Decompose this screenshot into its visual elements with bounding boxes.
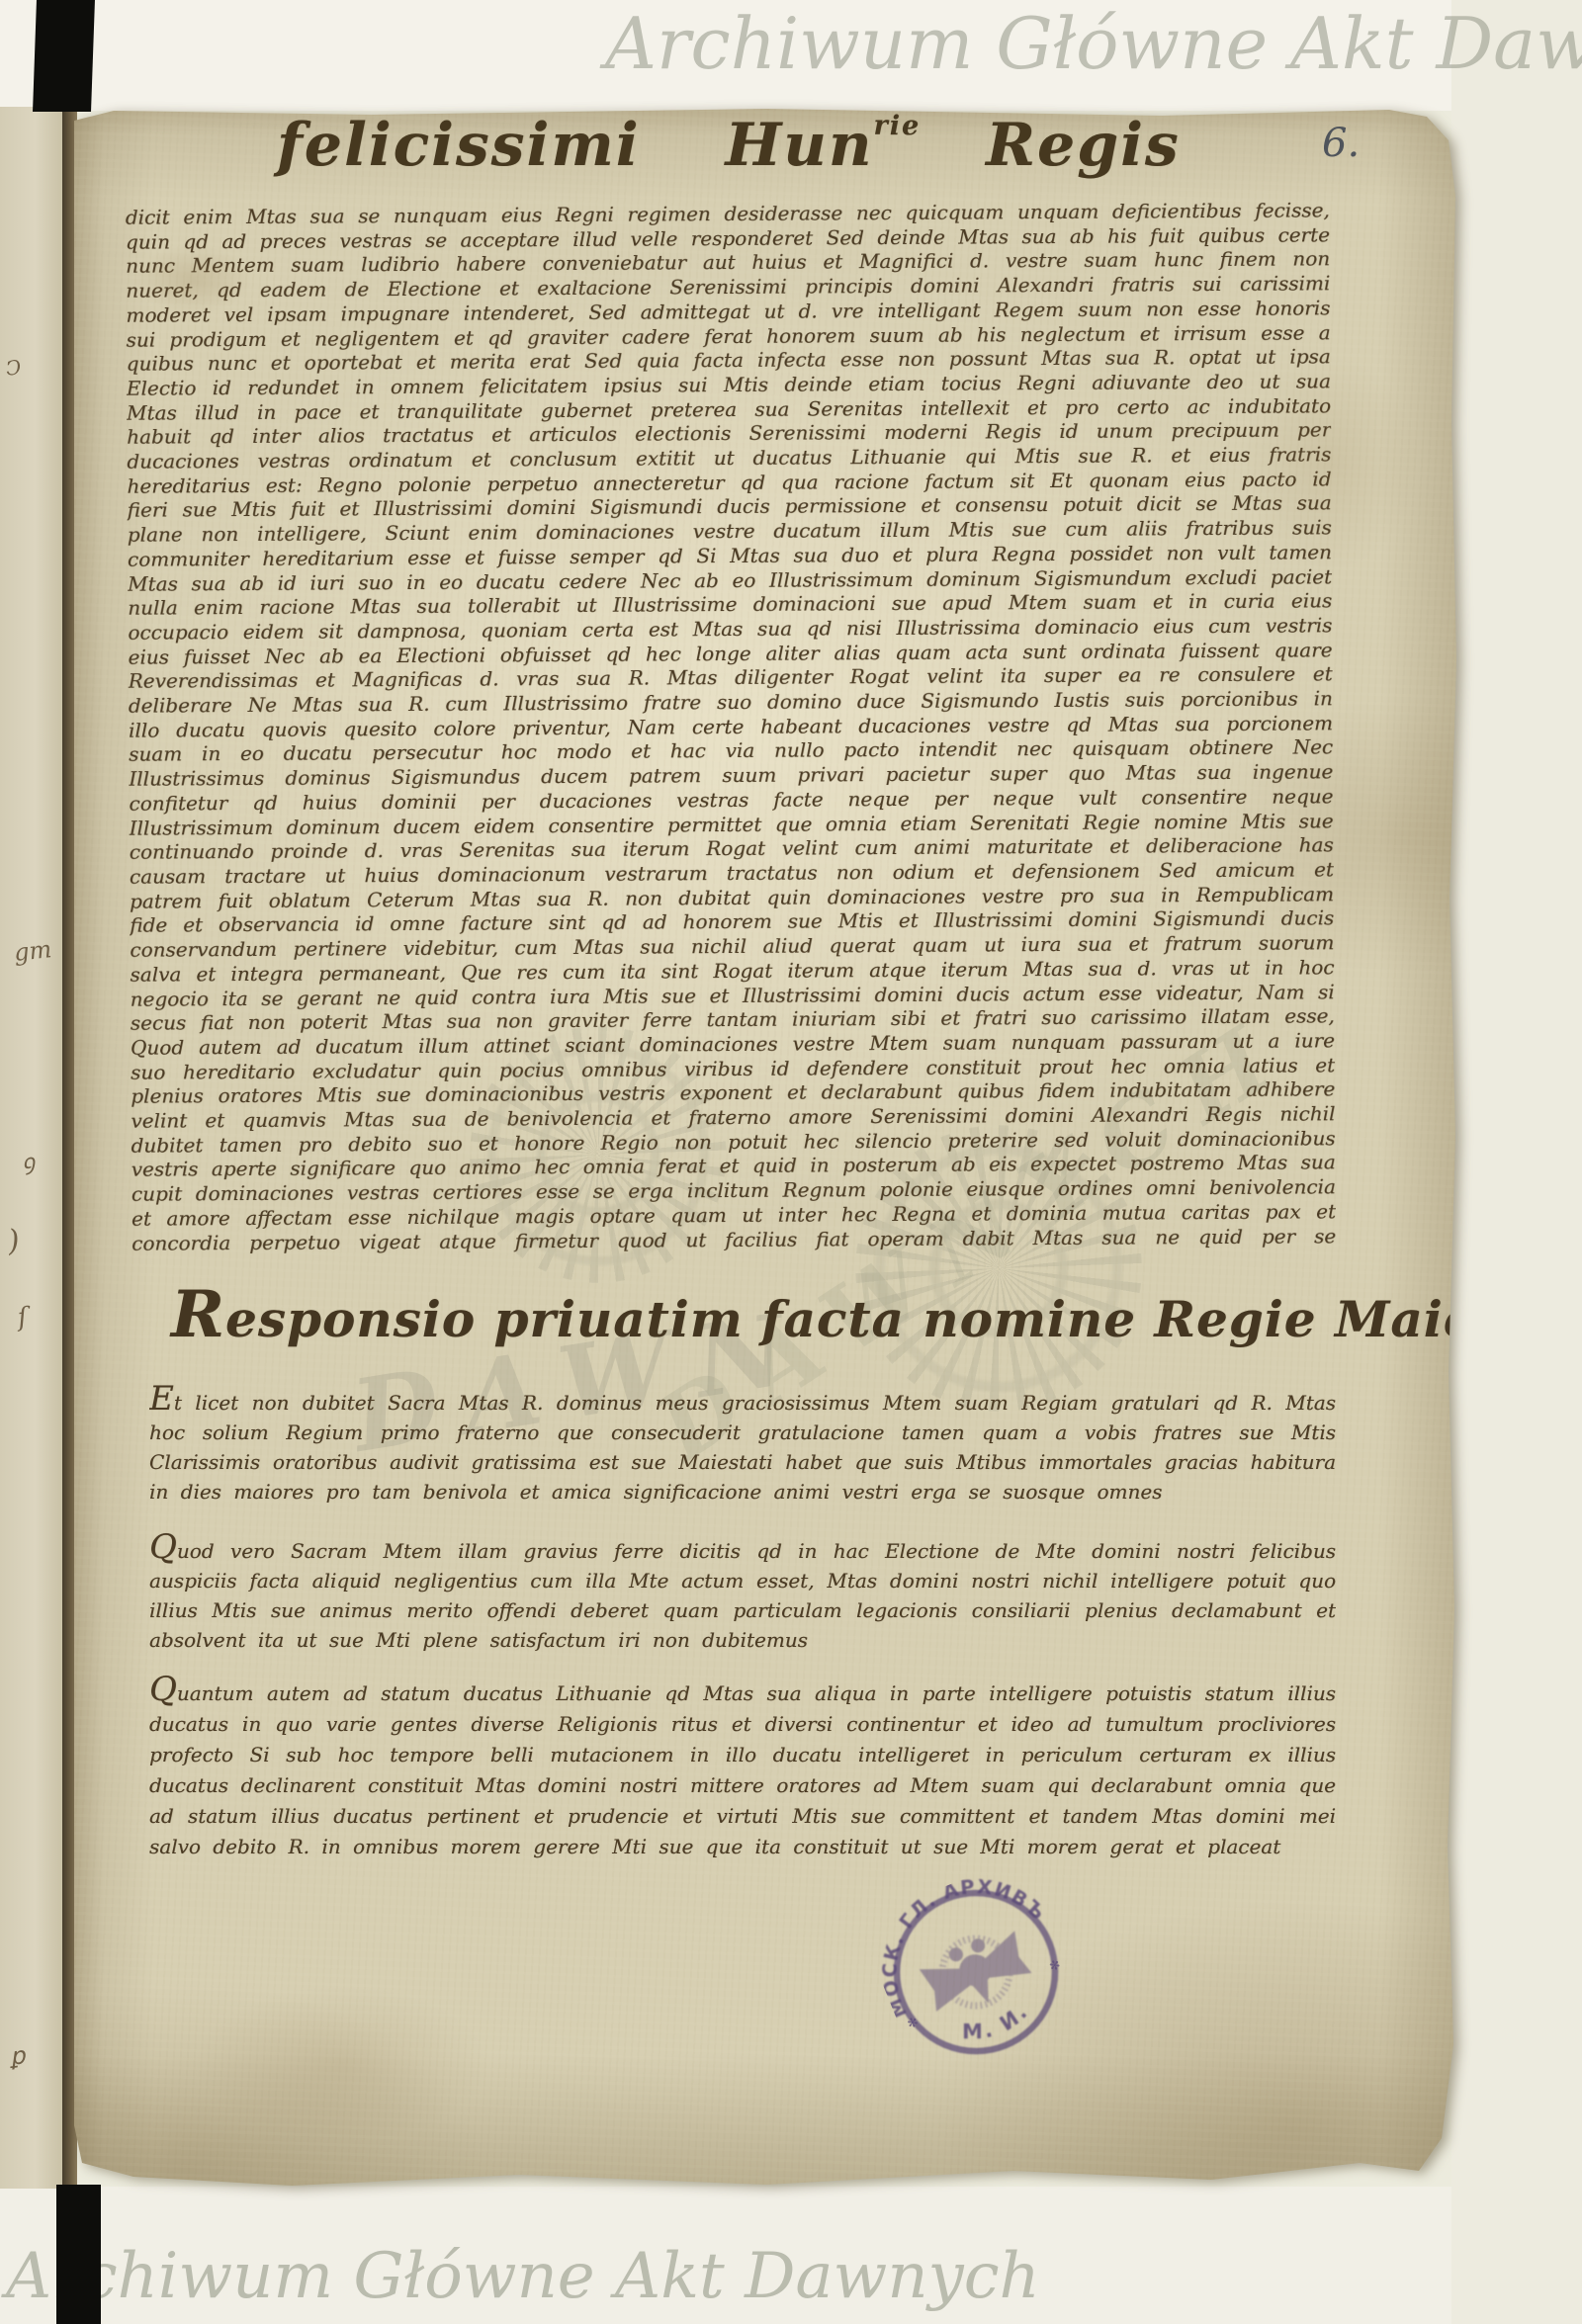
stamp-ornament-right: ✻ xyxy=(1047,1957,1063,1975)
manuscript-title: felicissimi Hun rie Regis xyxy=(277,111,1181,180)
manuscript-body-block: dicit enim Mtas sua se nunquam eius Regn… xyxy=(126,198,1336,1258)
title-superscript: rie xyxy=(873,113,921,139)
margin-ink-fragment: ꝑ xyxy=(9,2041,27,2070)
parchment-sheet: DAWN DAWNYCH felicissimi Hun rie Regis 6… xyxy=(74,107,1458,2191)
manuscript-paragraph: Et licet non dubitet Sacra Mtas R. domin… xyxy=(149,1382,1336,1506)
scanner-background-top xyxy=(0,0,1582,111)
folio-number: 6. xyxy=(1322,121,1360,166)
manuscript-paragraph: Quod vero Sacram Mtem illam gravius ferr… xyxy=(149,1530,1336,1655)
scanner-background-bottom xyxy=(0,2187,1582,2324)
manuscript-page: DAWN DAWNYCH felicissimi Hun rie Regis 6… xyxy=(74,107,1458,2191)
parchment-stain xyxy=(193,1985,489,2143)
scanner-background-right xyxy=(1451,0,1582,2324)
section-heading: Responsio priuatim facta nomine Regie Ma… xyxy=(171,1277,1582,1352)
margin-ink-fragment: Ͻ xyxy=(5,355,23,380)
title-word-1: felicissimi xyxy=(277,111,641,180)
binding-ribbon-top xyxy=(33,0,95,112)
margin-ink-fragment: gm xyxy=(13,935,53,967)
manuscript-paragraph: Quantum autem ad statum ducatus Lithuani… xyxy=(149,1673,1336,1868)
archival-stamp: МОСК. ГЛ. АРХИВЪ М. И. Д. ✻ ✻ xyxy=(857,1853,1095,2091)
scanned-manuscript-viewer: { "archive": { "watermark_top": "Archiwu… xyxy=(0,0,1582,2324)
binding-ribbon-bottom xyxy=(56,2185,101,2324)
title-word-3: Regis xyxy=(986,111,1181,180)
title-word-2: Hun xyxy=(726,111,874,180)
